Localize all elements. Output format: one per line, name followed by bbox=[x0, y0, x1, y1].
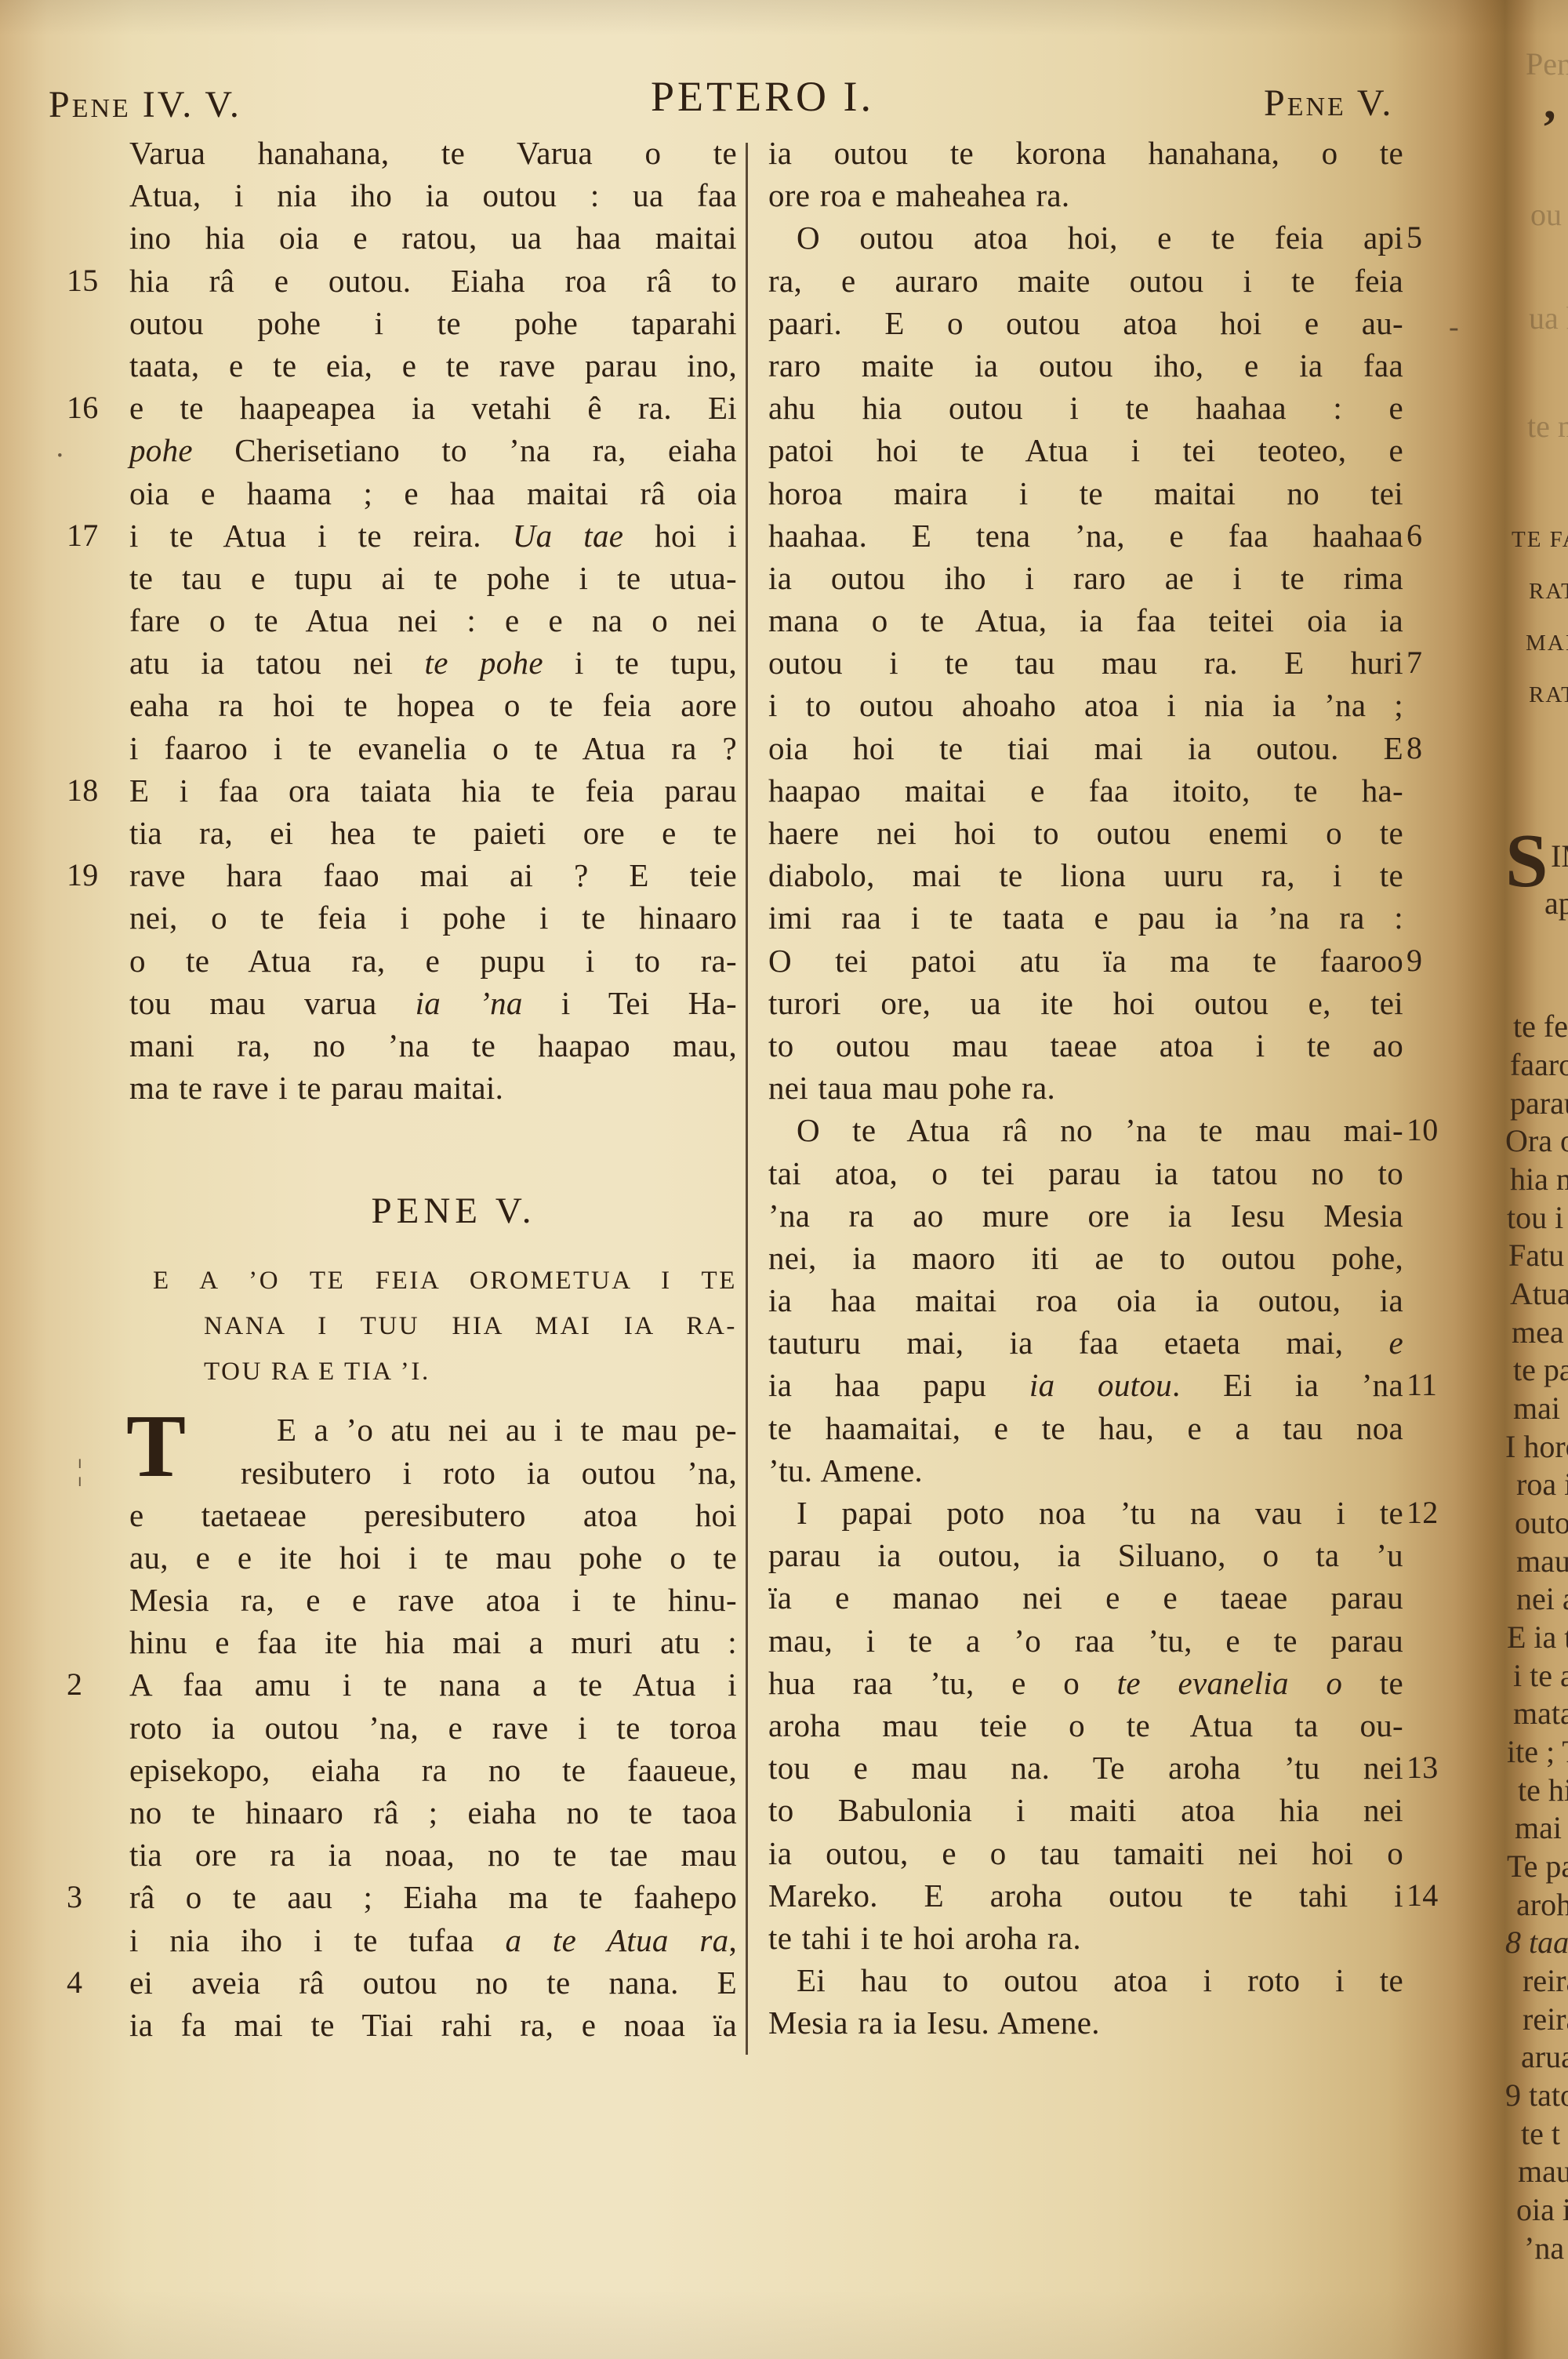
text-line: Mesia ra ia Iesu. Amene. bbox=[768, 2001, 1403, 2044]
next-page-text-fragment: ’ bbox=[1541, 100, 1558, 156]
text-line: pohe Cherisetiano to ’na ra, eiaha bbox=[129, 429, 737, 471]
line-text: i to outou ahoaho atoa i nia ia ’na ; bbox=[768, 687, 1403, 723]
text-line: mana o te Atua, ia faa teitei oia ia bbox=[768, 599, 1403, 642]
text-line: ia outou iho i raro ae i te rima bbox=[768, 557, 1403, 599]
paragraph-block: TE a ’o atu nei au i te mau pe-resibuter… bbox=[129, 1408, 737, 2046]
next-page-text-fragment: i te ap bbox=[1513, 1657, 1568, 1694]
line-text: mana o te Atua, ia faa teitei oia ia bbox=[768, 602, 1403, 638]
line-text: ’tu. Amene. bbox=[768, 1452, 923, 1488]
text-line: o te Atua ra, e pupu i to ra- bbox=[129, 940, 737, 982]
text-line: nei taua mau pohe ra. bbox=[768, 1067, 1403, 1109]
line-text: haapao maitai e faa itoito, te ha- bbox=[768, 772, 1403, 809]
text-line: 11ia haa papu ia outou. Ei ia ’na bbox=[768, 1364, 1403, 1406]
line-text: A faa amu i te nana a te Atua i bbox=[129, 1667, 737, 1703]
line-text: tauturu mai, ia faa etaeta mai, e bbox=[768, 1325, 1403, 1361]
line-text: au, e e ite hoi i te mau pohe o te bbox=[129, 1539, 737, 1576]
text-line: to outou mau taeae atoa i te ao bbox=[768, 1024, 1403, 1067]
text-line: atu ia tatou nei te pohe i te tupu, bbox=[129, 642, 737, 684]
line-text: te haamaitai, e te hau, e a tau noa bbox=[768, 1410, 1403, 1446]
verse-number: 10 bbox=[1406, 1109, 1458, 1151]
italic-text-segment: Ua tae bbox=[513, 518, 624, 554]
text-segment: , bbox=[728, 1922, 737, 1958]
italic-text-segment: te pohe bbox=[425, 645, 543, 681]
text-line: te tau e tupu ai te pohe i te utua- bbox=[129, 557, 737, 599]
running-head-chapter-right: Pene V. bbox=[1264, 82, 1393, 125]
verse-number: 11 bbox=[1406, 1364, 1458, 1406]
text-line: tia ra, ei hea te paieti ore e te bbox=[129, 812, 737, 854]
line-text: ’na ra ao mure ore ia Iesu Mesia bbox=[768, 1198, 1403, 1234]
next-page-text-fragment: te hit bbox=[1518, 1772, 1568, 1808]
right-text-column: ia outou te korona hanahana, o teore roa… bbox=[768, 132, 1403, 2044]
vertical-gap bbox=[129, 1241, 737, 1258]
verse-number: 15 bbox=[67, 260, 115, 302]
paragraph-block: Varua hanahana, te Varua o teAtua, i nia… bbox=[129, 132, 737, 1109]
italic-text-segment: a te Atua ra bbox=[505, 1922, 728, 1958]
line-text: O outou atoa hoi, e te feia api bbox=[797, 220, 1403, 256]
line-text: ra, e auraro maite outou i te feia bbox=[768, 263, 1403, 299]
next-page-text-fragment: mai ia bbox=[1513, 1390, 1568, 1427]
line-text: o te Atua ra, e pupu i to ra- bbox=[129, 943, 737, 979]
next-page-text-fragment: Pene bbox=[1526, 45, 1568, 82]
text-line: no te hinaaro râ ; eiaha no te taoa bbox=[129, 1791, 737, 1834]
text-line: e taetaeae peresibutero atoa hoi bbox=[129, 1494, 737, 1536]
line-text: outou i te tau mau ra. E huri bbox=[768, 645, 1403, 681]
line-text: ino hia oia e ratou, ua haa maitai bbox=[129, 220, 737, 256]
text-line: 3râ o te aau ; Eiaha ma te faahepo bbox=[129, 1876, 737, 1918]
next-page-text-fragment: reira bbox=[1523, 2001, 1568, 2037]
line-text: ia outou, e o tau tamaiti nei hoi o bbox=[768, 1835, 1403, 1871]
line-text: e taetaeae peresibutero atoa hoi bbox=[129, 1497, 737, 1533]
next-page-text-fragment: faaroo bbox=[1510, 1046, 1568, 1083]
text-line: i to outou ahoaho atoa i nia ia ’na ; bbox=[768, 684, 1403, 726]
text-line: paari. E o outou atoa hoi e au- bbox=[768, 302, 1403, 344]
text-line: fare o te Atua nei : e e na o nei bbox=[129, 599, 737, 642]
text-line: ore roa e maheahea ra. bbox=[768, 174, 1403, 216]
text-line: to Babulonia i maiti atoa hia nei bbox=[768, 1789, 1403, 1831]
text-line: parau ia outou, ia Siluano, o ta ’u bbox=[768, 1534, 1403, 1576]
line-text: roto ia outou ’na, e rave i te toroa bbox=[129, 1710, 737, 1746]
line-text: O tei patoi atu ïa ma te faaroo bbox=[768, 943, 1403, 979]
line-text: te tau e tupu ai te pohe i te utua- bbox=[129, 560, 737, 596]
text-line: ’na ra ao mure ore ia Iesu Mesia bbox=[768, 1194, 1403, 1237]
next-page-text-fragment: maue bbox=[1516, 1543, 1568, 1579]
line-text: raro maite ia outou iho, e ia faa bbox=[768, 347, 1403, 383]
line-text: E a ’o atu nei au i te mau pe- bbox=[277, 1412, 737, 1448]
text-line: ia fa mai te Tiai rahi ra, e noaa ïa bbox=[129, 2004, 737, 2046]
text-segment: ia haa papu bbox=[768, 1367, 1029, 1403]
next-page-text-fragment: mea ’t bbox=[1512, 1314, 1568, 1350]
verse-number: 7 bbox=[1406, 642, 1458, 684]
paragraph-block: ia outou te korona hanahana, o teore roa… bbox=[768, 132, 1403, 2044]
line-text: paari. E o outou atoa hoi e au- bbox=[768, 305, 1403, 341]
ink-speck: - bbox=[1449, 312, 1459, 342]
text-line: 17i te Atua i te reira. Ua tae hoi i bbox=[129, 514, 737, 557]
text-segment: i nia iho i te tufaa bbox=[129, 1922, 505, 1958]
line-text: râ o te aau ; Eiaha ma te faahepo bbox=[129, 1879, 737, 1915]
next-page-text-fragment: aroha bbox=[1516, 1886, 1568, 1923]
text-line: tou mau varua ia ’na i Tei Ha- bbox=[129, 982, 737, 1024]
line-text: ma te rave i te parau maitai. bbox=[129, 1070, 503, 1106]
text-line: tia ore ra ia noaa, no te tae mau bbox=[129, 1834, 737, 1876]
next-page-text-fragment: Atua n bbox=[1510, 1275, 1568, 1312]
running-head-chapter-left: Pene IV. V. bbox=[49, 83, 241, 126]
next-page-text-fragment: te paie bbox=[1513, 1351, 1568, 1388]
line-text: i nia iho i te tufaa a te Atua ra, bbox=[129, 1922, 737, 1958]
text-line: taata, e te eia, e te rave parau ino, bbox=[129, 344, 737, 387]
line-text: i faaroo i te evanelia o te Atua ra ? bbox=[129, 730, 737, 766]
line-text: to Babulonia i maiti atoa hia nei bbox=[768, 1792, 1403, 1828]
line-text: Ei hau to outou atoa i roto i te bbox=[797, 1962, 1403, 1998]
next-page-text-fragment: reira bbox=[1523, 1962, 1568, 1999]
line-text: patoi hoi te Atua i tei teoteo, e bbox=[768, 432, 1403, 468]
text-segment: tauturu mai, ia faa etaeta mai, bbox=[768, 1325, 1389, 1361]
line-text: turori ore, ua ite hoi outou e, tei bbox=[768, 985, 1403, 1021]
text-line: oia e haama ; e haa maitai râ oia bbox=[129, 472, 737, 514]
text-line: ia outou, e o tau tamaiti nei hoi o bbox=[768, 1832, 1403, 1874]
italic-text-segment: ia outou bbox=[1029, 1367, 1172, 1403]
next-page-text-fragment: hia ma bbox=[1510, 1161, 1568, 1198]
line-text: Mesia ra, e e rave atoa i te hinu- bbox=[129, 1582, 737, 1618]
next-page-text-fragment: parau t bbox=[1510, 1085, 1568, 1121]
text-line: 2A faa amu i te nana a te Atua i bbox=[129, 1663, 737, 1706]
text-line: mani ra, no ’na te haapao mau, bbox=[129, 1024, 737, 1067]
text-line: horoa maira i te maitai no tei bbox=[768, 472, 1403, 514]
verse-number: 18 bbox=[67, 769, 115, 812]
line-text: tia ore ra ia noaa, no te tae mau bbox=[129, 1837, 737, 1873]
text-segment: atu ia tatou nei bbox=[129, 645, 425, 681]
line-text: to outou mau taeae atoa i te ao bbox=[768, 1027, 1403, 1063]
line-text: O te Atua râ no ’na te mau mai- bbox=[797, 1112, 1403, 1148]
next-page-text-fragment: matau bbox=[1513, 1695, 1568, 1732]
line-text: Atua, i nia iho ia outou : ua faa bbox=[129, 177, 737, 213]
line-text: outou pohe i te pohe taparahi bbox=[129, 305, 737, 341]
text-line: te haamaitai, e te hau, e a tau noa bbox=[768, 1407, 1403, 1449]
next-page-text-fragment: TE FAA bbox=[1512, 527, 1568, 553]
text-line: 4ei aveia râ outou no te nana. E bbox=[129, 1961, 737, 2004]
next-page-text-fragment: ’na bbox=[1524, 2230, 1564, 2266]
next-page-text-fragment: outou bbox=[1515, 1504, 1568, 1541]
line-text: oia e haama ; e haa maitai râ oia bbox=[129, 475, 737, 511]
line-text: rave hara faao mai ai ? E teie bbox=[129, 857, 737, 893]
line-text: I papai poto noa ’tu na vau i te bbox=[797, 1495, 1403, 1531]
text-segment: tou mau varua bbox=[129, 985, 416, 1021]
line-text: haere nei hoi to outou enemi o te bbox=[768, 815, 1403, 851]
next-page-text-fragment: arua bbox=[1521, 2038, 1568, 2075]
next-page-text-fragment: 9 tatou bbox=[1505, 2077, 1568, 2114]
line-text: nei taua mau pohe ra. bbox=[768, 1070, 1055, 1106]
text-line: episekopo, eiaha ra no te faaueue, bbox=[129, 1749, 737, 1791]
line-text: atu ia tatou nei te pohe i te tupu, bbox=[129, 645, 737, 681]
line-text: ei aveia râ outou no te nana. E bbox=[129, 1965, 737, 2001]
text-line: 6haahaa. E tena ’na, e faa haahaa bbox=[768, 514, 1403, 557]
line-text: e te haapeapea ia vetahi ê ra. Ei bbox=[129, 390, 737, 426]
text-line: 13tou e mau na. Te aroha ’tu nei bbox=[768, 1747, 1403, 1789]
next-page-text-fragment: te t bbox=[1521, 2115, 1560, 2152]
line-text: Mareko. E aroha outou te tahi i bbox=[768, 1877, 1403, 1914]
text-line: ia haa maitai roa oia ia outou, ia bbox=[768, 1279, 1403, 1321]
left-text-column: Varua hanahana, te Varua o teAtua, i nia… bbox=[129, 132, 737, 2046]
vertical-gap bbox=[129, 1109, 737, 1181]
italic-text-segment: e bbox=[1389, 1325, 1404, 1361]
verse-number: 4 bbox=[67, 1961, 115, 2004]
text-line: turori ore, ua ite hoi outou e, tei bbox=[768, 982, 1403, 1024]
chapter-subtitle-line: E A ’O TE FEIA OROMETUA I TE bbox=[129, 1258, 737, 1303]
verse-number: 5 bbox=[1406, 216, 1458, 259]
verse-number: 12 bbox=[1406, 1492, 1458, 1534]
line-text: Mesia ra ia Iesu. Amene. bbox=[768, 2005, 1100, 2041]
italic-text-segment: pohe bbox=[129, 432, 193, 468]
line-text: tou mau varua ia ’na i Tei Ha- bbox=[129, 985, 737, 1021]
text-line: te tahi i te hoi aroha ra. bbox=[768, 1917, 1403, 1959]
text-line: i faaroo i te evanelia o te Atua ra ? bbox=[129, 727, 737, 769]
next-page-text-fragment: tou i t bbox=[1507, 1199, 1568, 1236]
text-line: Mesia ra, e e rave atoa i te hinu- bbox=[129, 1579, 737, 1621]
text-segment: Cherisetiano to ’na ra, eiaha bbox=[193, 432, 737, 468]
text-line: ia outou te korona hanahana, o te bbox=[768, 132, 1403, 174]
text-line: 9O tei patoi atu ïa ma te faaroo bbox=[768, 940, 1403, 982]
line-text: Varua hanahana, te Varua o te bbox=[129, 135, 737, 171]
italic-text-segment: ia ’na bbox=[416, 985, 523, 1021]
line-text: horoa maira i te maitai no tei bbox=[768, 475, 1403, 511]
line-text: episekopo, eiaha ra no te faaueue, bbox=[129, 1752, 737, 1788]
line-text: hia râ e outou. Eiaha roa râ to bbox=[129, 263, 737, 299]
next-page-text-fragment: RATO bbox=[1529, 579, 1568, 605]
text-line: 12I papai poto noa ’tu na vau i te bbox=[768, 1492, 1403, 1534]
next-page-text-fragment: IMO bbox=[1551, 838, 1568, 874]
line-text: hinu e faa ite hia mai a muri atu : bbox=[129, 1624, 737, 1660]
text-segment: te bbox=[1342, 1665, 1403, 1701]
verse-number: 19 bbox=[67, 854, 115, 896]
text-line: ahu hia outou i te haahaa : e bbox=[768, 387, 1403, 429]
text-line: tai atoa, o tei parau ia tatou no to bbox=[768, 1152, 1403, 1194]
text-segment: . Ei ia ’na bbox=[1172, 1367, 1403, 1403]
text-line: 16e te haapeapea ia vetahi ê ra. Ei bbox=[129, 387, 737, 429]
text-segment: i te tupu, bbox=[543, 645, 737, 681]
verse-number: 9 bbox=[1406, 940, 1458, 982]
line-text: aroha mau teie o te Atua ta ou- bbox=[768, 1707, 1403, 1743]
line-text: diabolo, mai te liona uuru ra, i te bbox=[768, 857, 1403, 893]
line-text: taata, e te eia, e te rave parau ino, bbox=[129, 347, 737, 383]
line-text: te tahi i te hoi aroha ra. bbox=[768, 1920, 1081, 1956]
text-line: 7outou i te tau mau ra. E huri bbox=[768, 642, 1403, 684]
chapter-subtitle-line: NANA I TUU HIA MAI IA RA- bbox=[129, 1303, 737, 1349]
ink-speck: ¦ bbox=[77, 1456, 83, 1485]
line-text: ahu hia outou i te haahaa : e bbox=[768, 390, 1403, 426]
next-page-text-fragment: ou o bbox=[1530, 196, 1568, 233]
text-line: i nia iho i te tufaa a te Atua ra, bbox=[129, 1919, 737, 1961]
next-page-text-fragment: ua h bbox=[1529, 300, 1568, 336]
chapter-heading: PENE V. bbox=[129, 1181, 737, 1241]
text-line: haapao maitai e faa itoito, te ha- bbox=[768, 769, 1403, 812]
line-text: eaha ra hoi te hopea o te feia aore bbox=[129, 687, 737, 723]
next-page-text-fragment: Fatu i bbox=[1508, 1237, 1568, 1274]
text-line: raro maite ia outou iho, e ia faa bbox=[768, 344, 1403, 387]
verse-number: 8 bbox=[1406, 727, 1458, 769]
next-page-text-fragment: nei ao bbox=[1516, 1580, 1568, 1617]
line-text: mau, i te a ’o raa ’tu, e te parau bbox=[768, 1623, 1403, 1659]
line-text: oia hoi te tiai mai ia outou. E bbox=[768, 730, 1403, 766]
text-line: nei, o te feia i pohe i te hinaaro bbox=[129, 896, 737, 939]
line-text: no te hinaaro râ ; eiaha no te taoa bbox=[129, 1794, 737, 1830]
line-text: nei, o te feia i pohe i te hinaaro bbox=[129, 900, 737, 936]
next-page-text-fragment: apo bbox=[1544, 885, 1568, 921]
text-line: hua raa ’tu, e o te evanelia o te bbox=[768, 1662, 1403, 1704]
next-page-text-fragment: te feia bbox=[1513, 1008, 1568, 1045]
line-text: hua raa ’tu, e o te evanelia o te bbox=[768, 1665, 1403, 1701]
line-text: ia fa mai te Tiai rahi ra, e noaa ïa bbox=[129, 2007, 737, 2043]
next-page-text-fragment: E ia t bbox=[1507, 1619, 1568, 1656]
text-segment: i te Atua i te reira. bbox=[129, 518, 513, 554]
line-text: tia ra, ei hea te paieti ore e te bbox=[129, 815, 737, 851]
text-line: 15hia râ e outou. Eiaha roa râ to bbox=[129, 260, 737, 302]
line-text: tou e mau na. Te aroha ’tu nei bbox=[768, 1750, 1403, 1786]
text-line: tauturu mai, ia faa etaeta mai, e bbox=[768, 1321, 1403, 1364]
text-line: Varua hanahana, te Varua o te bbox=[129, 132, 737, 174]
text-segment: hua raa ’tu, e o bbox=[768, 1665, 1117, 1701]
line-text: ia haa maitai roa oia ia outou, ia bbox=[768, 1282, 1403, 1318]
line-text: parau ia outou, ia Siluano, o ta ’u bbox=[768, 1537, 1403, 1573]
verse-number: 3 bbox=[67, 1876, 115, 1918]
text-line: hinu e faa ite hia mai a muri atu : bbox=[129, 1621, 737, 1663]
verse-number: 2 bbox=[67, 1663, 115, 1706]
verse-number: 16 bbox=[67, 387, 115, 429]
text-line: ’tu. Amene. bbox=[768, 1449, 1403, 1492]
next-page-text-fragment: RATO bbox=[1529, 682, 1568, 708]
text-line: patoi hoi te Atua i tei teoteo, e bbox=[768, 429, 1403, 471]
verse-number: 13 bbox=[1406, 1747, 1458, 1789]
text-line: 18E i faa ora taiata hia te feia parau bbox=[129, 769, 737, 812]
text-line: 10O te Atua râ no ’na te mau mai- bbox=[768, 1109, 1403, 1151]
text-line: Ei hau to outou atoa i roto i te bbox=[768, 1959, 1403, 2001]
verse-number: 14 bbox=[1406, 1874, 1458, 1917]
text-line: haere nei hoi to outou enemi o te bbox=[768, 812, 1403, 854]
line-text: ia outou te korona hanahana, o te bbox=[768, 135, 1403, 171]
text-line: nei, ia maoro iti ae to outou pohe, bbox=[768, 1237, 1403, 1279]
text-line: 5O outou atoa hoi, e te feia api bbox=[768, 216, 1403, 259]
text-line: outou pohe i te pohe taparahi bbox=[129, 302, 737, 344]
line-text: haahaa. E tena ’na, e faa haahaa bbox=[768, 518, 1403, 554]
next-page-text-fragment: mai ; bbox=[1515, 1809, 1568, 1846]
line-text: mani ra, no ’na te haapao mau, bbox=[129, 1027, 737, 1063]
column-divider-rule bbox=[746, 143, 748, 2055]
next-page-text-fragment: ite ; T bbox=[1507, 1733, 1568, 1770]
text-line: aroha mau teie o te Atua ta ou- bbox=[768, 1704, 1403, 1747]
vertical-gap bbox=[129, 1394, 737, 1408]
text-line: ma te rave i te parau maitai. bbox=[129, 1067, 737, 1109]
text-line: Atua, i nia iho ia outou : ua faa bbox=[129, 174, 737, 216]
line-text: ïa e manao nei e e taeae parau bbox=[768, 1579, 1403, 1616]
next-page-text-fragment: S bbox=[1505, 825, 1548, 897]
verse-number: 6 bbox=[1406, 514, 1458, 557]
next-page-text-fragment: 8 taata bbox=[1505, 1924, 1568, 1961]
text-line: 8oia hoi te tiai mai ia outou. E bbox=[768, 727, 1403, 769]
text-line: ïa e manao nei e e taeae parau bbox=[768, 1576, 1403, 1619]
verse-number: 17 bbox=[67, 514, 115, 557]
text-line: ra, e auraro maite outou i te feia bbox=[768, 260, 1403, 302]
line-text: ore roa e maheahea ra. bbox=[768, 177, 1069, 213]
line-text: resibutero i roto ia outou ’na, bbox=[241, 1455, 737, 1491]
text-line: ino hia oia e ratou, ua haa maitai bbox=[129, 216, 737, 259]
line-text: fare o te Atua nei : e e na o nei bbox=[129, 602, 737, 638]
line-text: nei, ia maoro iti ae to outou pohe, bbox=[768, 1240, 1403, 1276]
line-text: tai atoa, o tei parau ia tatou no to bbox=[768, 1155, 1403, 1191]
next-page-text-fragment: te m bbox=[1527, 408, 1568, 445]
next-page-text-fragment: oia i bbox=[1516, 2191, 1568, 2228]
line-text: E i faa ora taiata hia te feia parau bbox=[129, 772, 737, 809]
text-line: E a ’o atu nei au i te mau pe- bbox=[129, 1408, 737, 1451]
next-page-text-fragment: MAIT bbox=[1526, 631, 1568, 656]
line-text: pohe Cherisetiano to ’na ra, eiaha bbox=[129, 432, 737, 468]
text-line: resibutero i roto ia outou ’na, bbox=[129, 1452, 737, 1494]
text-line: imi raa i te taata e pau ia ’na ra : bbox=[768, 896, 1403, 939]
line-text: i te Atua i te reira. Ua tae hoi i bbox=[129, 518, 737, 554]
line-text: ia outou iho i raro ae i te rima bbox=[768, 560, 1403, 596]
next-page-text-fragment: Te pa bbox=[1507, 1848, 1568, 1885]
next-page-text-fragment: I horo bbox=[1505, 1428, 1568, 1465]
text-line: 19rave hara faao mai ai ? E teie bbox=[129, 854, 737, 896]
text-line: diabolo, mai te liona uuru ra, i te bbox=[768, 854, 1403, 896]
line-text: imi raa i te taata e pau ia ’na ra : bbox=[768, 900, 1403, 936]
book-page: Pene IV. V. PETERO I. Pene V. Varua hana… bbox=[0, 0, 1568, 2359]
text-line: mau, i te a ’o raa ’tu, e te parau bbox=[768, 1619, 1403, 1662]
text-line: roto ia outou ’na, e rave i te toroa bbox=[129, 1707, 737, 1749]
text-segment: i Tei Ha- bbox=[523, 985, 737, 1021]
running-head-book-title: PETERO I. bbox=[651, 72, 874, 121]
ink-speck: · bbox=[55, 441, 65, 471]
line-text: ia haa papu ia outou. Ei ia ’na bbox=[768, 1367, 1403, 1403]
next-page-text-fragment: mau bbox=[1518, 2153, 1568, 2190]
text-line: eaha ra hoi te hopea o te feia aore bbox=[129, 684, 737, 726]
next-page-text-fragment: Ora o I bbox=[1505, 1122, 1568, 1159]
chapter-subtitle-line: TOU RA E TIA ’I. bbox=[129, 1349, 737, 1394]
text-segment: hoi i bbox=[623, 518, 737, 554]
text-line: au, e e ite hoi i te mau pohe o te bbox=[129, 1536, 737, 1579]
italic-text-segment: te evanelia o bbox=[1117, 1665, 1343, 1701]
text-line: 14Mareko. E aroha outou te tahi i bbox=[768, 1874, 1403, 1917]
next-page-text-fragment: roa i bbox=[1516, 1466, 1568, 1503]
